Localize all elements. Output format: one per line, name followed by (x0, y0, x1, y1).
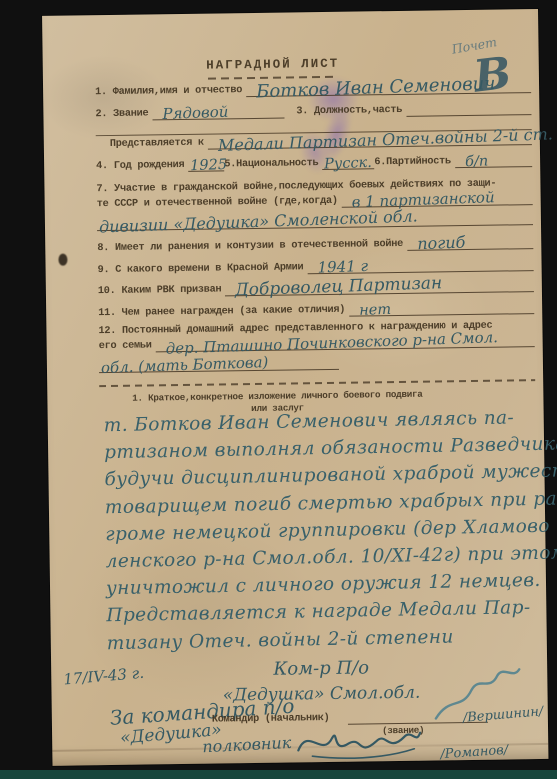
field-prior-awards-line: нет (349, 295, 534, 317)
field-war-participation-line1: в 1 партизанской (341, 174, 532, 208)
field-party-line: б/п (455, 148, 533, 168)
field-home-address-line1: дер. Пташино Починковского р-на Смол. (155, 316, 534, 352)
field-prior-awards-value: нет (359, 302, 391, 319)
field-birthyear-value: 1925 (190, 157, 227, 174)
field-presented: Представляется к Медали Партизан Отеч.во… (96, 127, 532, 151)
field-name-line: Ботков Иван Семенович (246, 74, 531, 97)
field-birth-nationality-party: 4. Год рождения 1925 5.Национальность Ру… (96, 149, 532, 173)
field-presented-label: Представляется к (110, 137, 204, 151)
field-home-address-label-2: его семьи (99, 340, 152, 354)
field-home-address-line2: обл. (мать Боткова) (99, 351, 339, 373)
field-war-participation-value-2: дивизии «Дедушка» Смоленской обл. (99, 206, 418, 236)
signature-flourish-main (292, 719, 423, 763)
scanner-edge-strip (0, 770, 557, 779)
field-nationality-label: 5.Национальность (224, 157, 318, 171)
field-army-since-line: 1941 г (307, 252, 533, 274)
field-prior-awards-label: 11. Чем ранее награжден (за какие отличи… (98, 304, 345, 320)
field-war-participation-cont: дивизии «Дедушка» Смоленской обл. (97, 207, 533, 231)
field-home-address-cont: обл. (мать Боткова) (99, 349, 535, 373)
field-rank-label: 2. Звание (95, 108, 148, 122)
field-birthyear-line: 1925 (188, 152, 224, 172)
field-army-since-value: 1941 г (317, 257, 368, 277)
rank-handwritten: полковник (202, 733, 292, 756)
dashed-section-divider (99, 379, 535, 387)
field-drafted-by-label: 10. Каким РВК призван (98, 284, 222, 299)
award-sheet-document: Почет В НАГРАДНОЙ ЛИСТ 1. Фамилия,имя и … (42, 9, 548, 766)
field-presented-line: Медали Партизан Отеч.войны 2-й ст. (208, 126, 532, 150)
field-birthyear-label: 4. Год рождения (96, 159, 184, 173)
field-party-value: б/п (465, 153, 489, 170)
field-wounds-line: погиб (407, 230, 534, 251)
field-army-since-label: 9. С какого времени в Красной Армии (98, 261, 304, 277)
merit-narrative: т. Ботков Иван Семенович являясь па- рти… (104, 405, 541, 656)
field-position-label: 3. Должность,часть (296, 104, 402, 118)
punch-hole-mark (58, 254, 67, 266)
signature-flourish-upper (431, 665, 522, 726)
field-rank-value: Рядовой (162, 103, 229, 123)
field-nationality-value: Русск. (324, 155, 372, 173)
field-position-line (406, 96, 532, 117)
field-wounds: 8. Имеет ли ранения и контузии в отечест… (97, 231, 533, 255)
field-drafted-by: 10. Каким РВК призван Доброволец Партиза… (98, 274, 534, 298)
field-nationality-line: Русск. (322, 150, 374, 170)
field-war-participation: те СССР и отечественной войне (где,когда… (96, 175, 532, 211)
field-name-label: 1. Фамилия,имя и отчество (95, 84, 242, 99)
field-home-address-value-2: обл. (мать Боткова) (101, 353, 269, 377)
signoff-commander-title: Ком-р П/о (273, 657, 369, 679)
field-rank-position: 2. Звание Рядовой 3. Должность,часть (95, 97, 531, 121)
field-party-label: 6.Партийность (374, 155, 451, 169)
field-rank-line: Рядовой (152, 100, 284, 121)
field-wounds-value: погиб (417, 233, 466, 254)
document-title: НАГРАДНОЙ ЛИСТ (206, 57, 339, 73)
signoff-date: 17/IV-43 г. (63, 664, 145, 689)
field-wounds-label: 8. Имеет ли ранения и контузии в отечест… (97, 238, 403, 255)
field-drafted-by-line: Доброволец Партизан (225, 273, 534, 296)
field-home-address: его семьи дер. Пташино Починковского р-н… (98, 317, 534, 353)
